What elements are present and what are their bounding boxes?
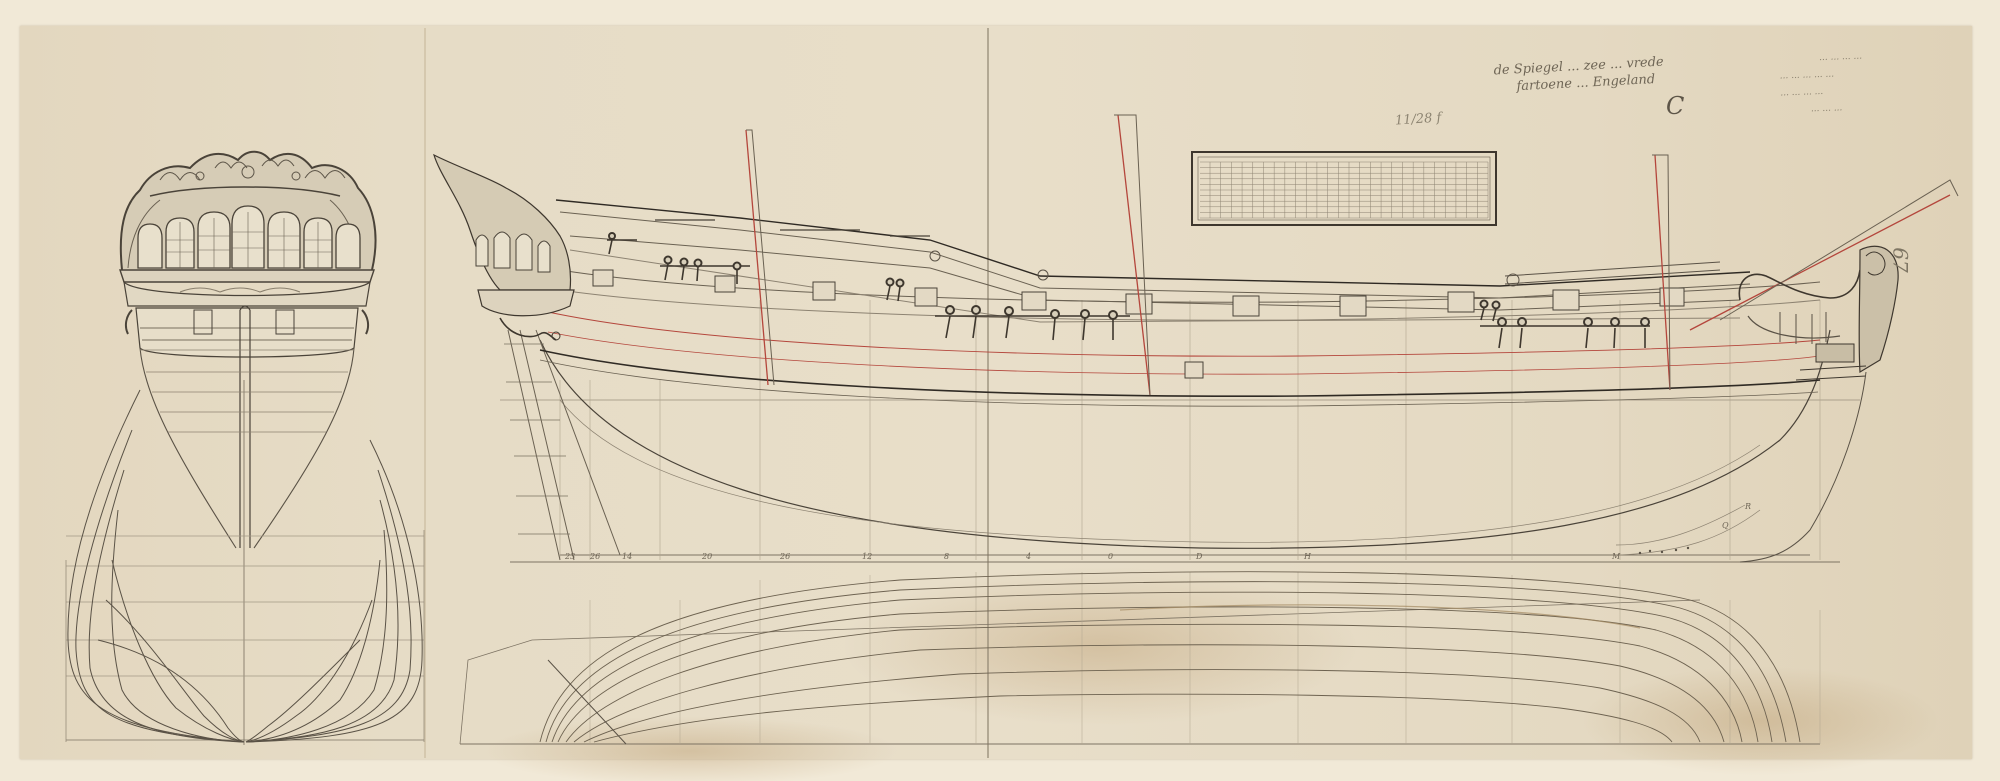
station-label: 26 <box>780 552 790 561</box>
station-label: M <box>1612 552 1620 561</box>
catalog-number: 11/28 f <box>1395 110 1442 128</box>
station-label: 8 <box>944 552 949 561</box>
margin-number: 67 <box>1889 247 1913 272</box>
station-label: 23 <box>565 552 575 561</box>
station-label: Q <box>1722 521 1729 530</box>
station-label: 4 <box>1026 552 1031 561</box>
ship-plan-drawing <box>0 0 2000 781</box>
station-label: 14 <box>622 552 632 561</box>
handwritten-right-note: ... ... ... ... ... ... ... ... ... ... … <box>1779 49 1864 120</box>
scale-table <box>1192 152 1496 225</box>
body-plan <box>66 380 424 745</box>
station-label: 12 <box>862 552 872 561</box>
station-label: R <box>1745 502 1751 511</box>
stern-view <box>120 152 376 548</box>
sheer-plan <box>434 115 1958 562</box>
station-label: H <box>1304 552 1311 561</box>
station-label: D <box>1196 552 1202 561</box>
station-label: 0 <box>1108 552 1113 561</box>
handwritten-letter: C <box>1666 92 1684 120</box>
half-breadth-plan <box>460 572 1820 744</box>
station-label: 26 <box>590 552 600 561</box>
station-label: 20 <box>702 552 712 561</box>
